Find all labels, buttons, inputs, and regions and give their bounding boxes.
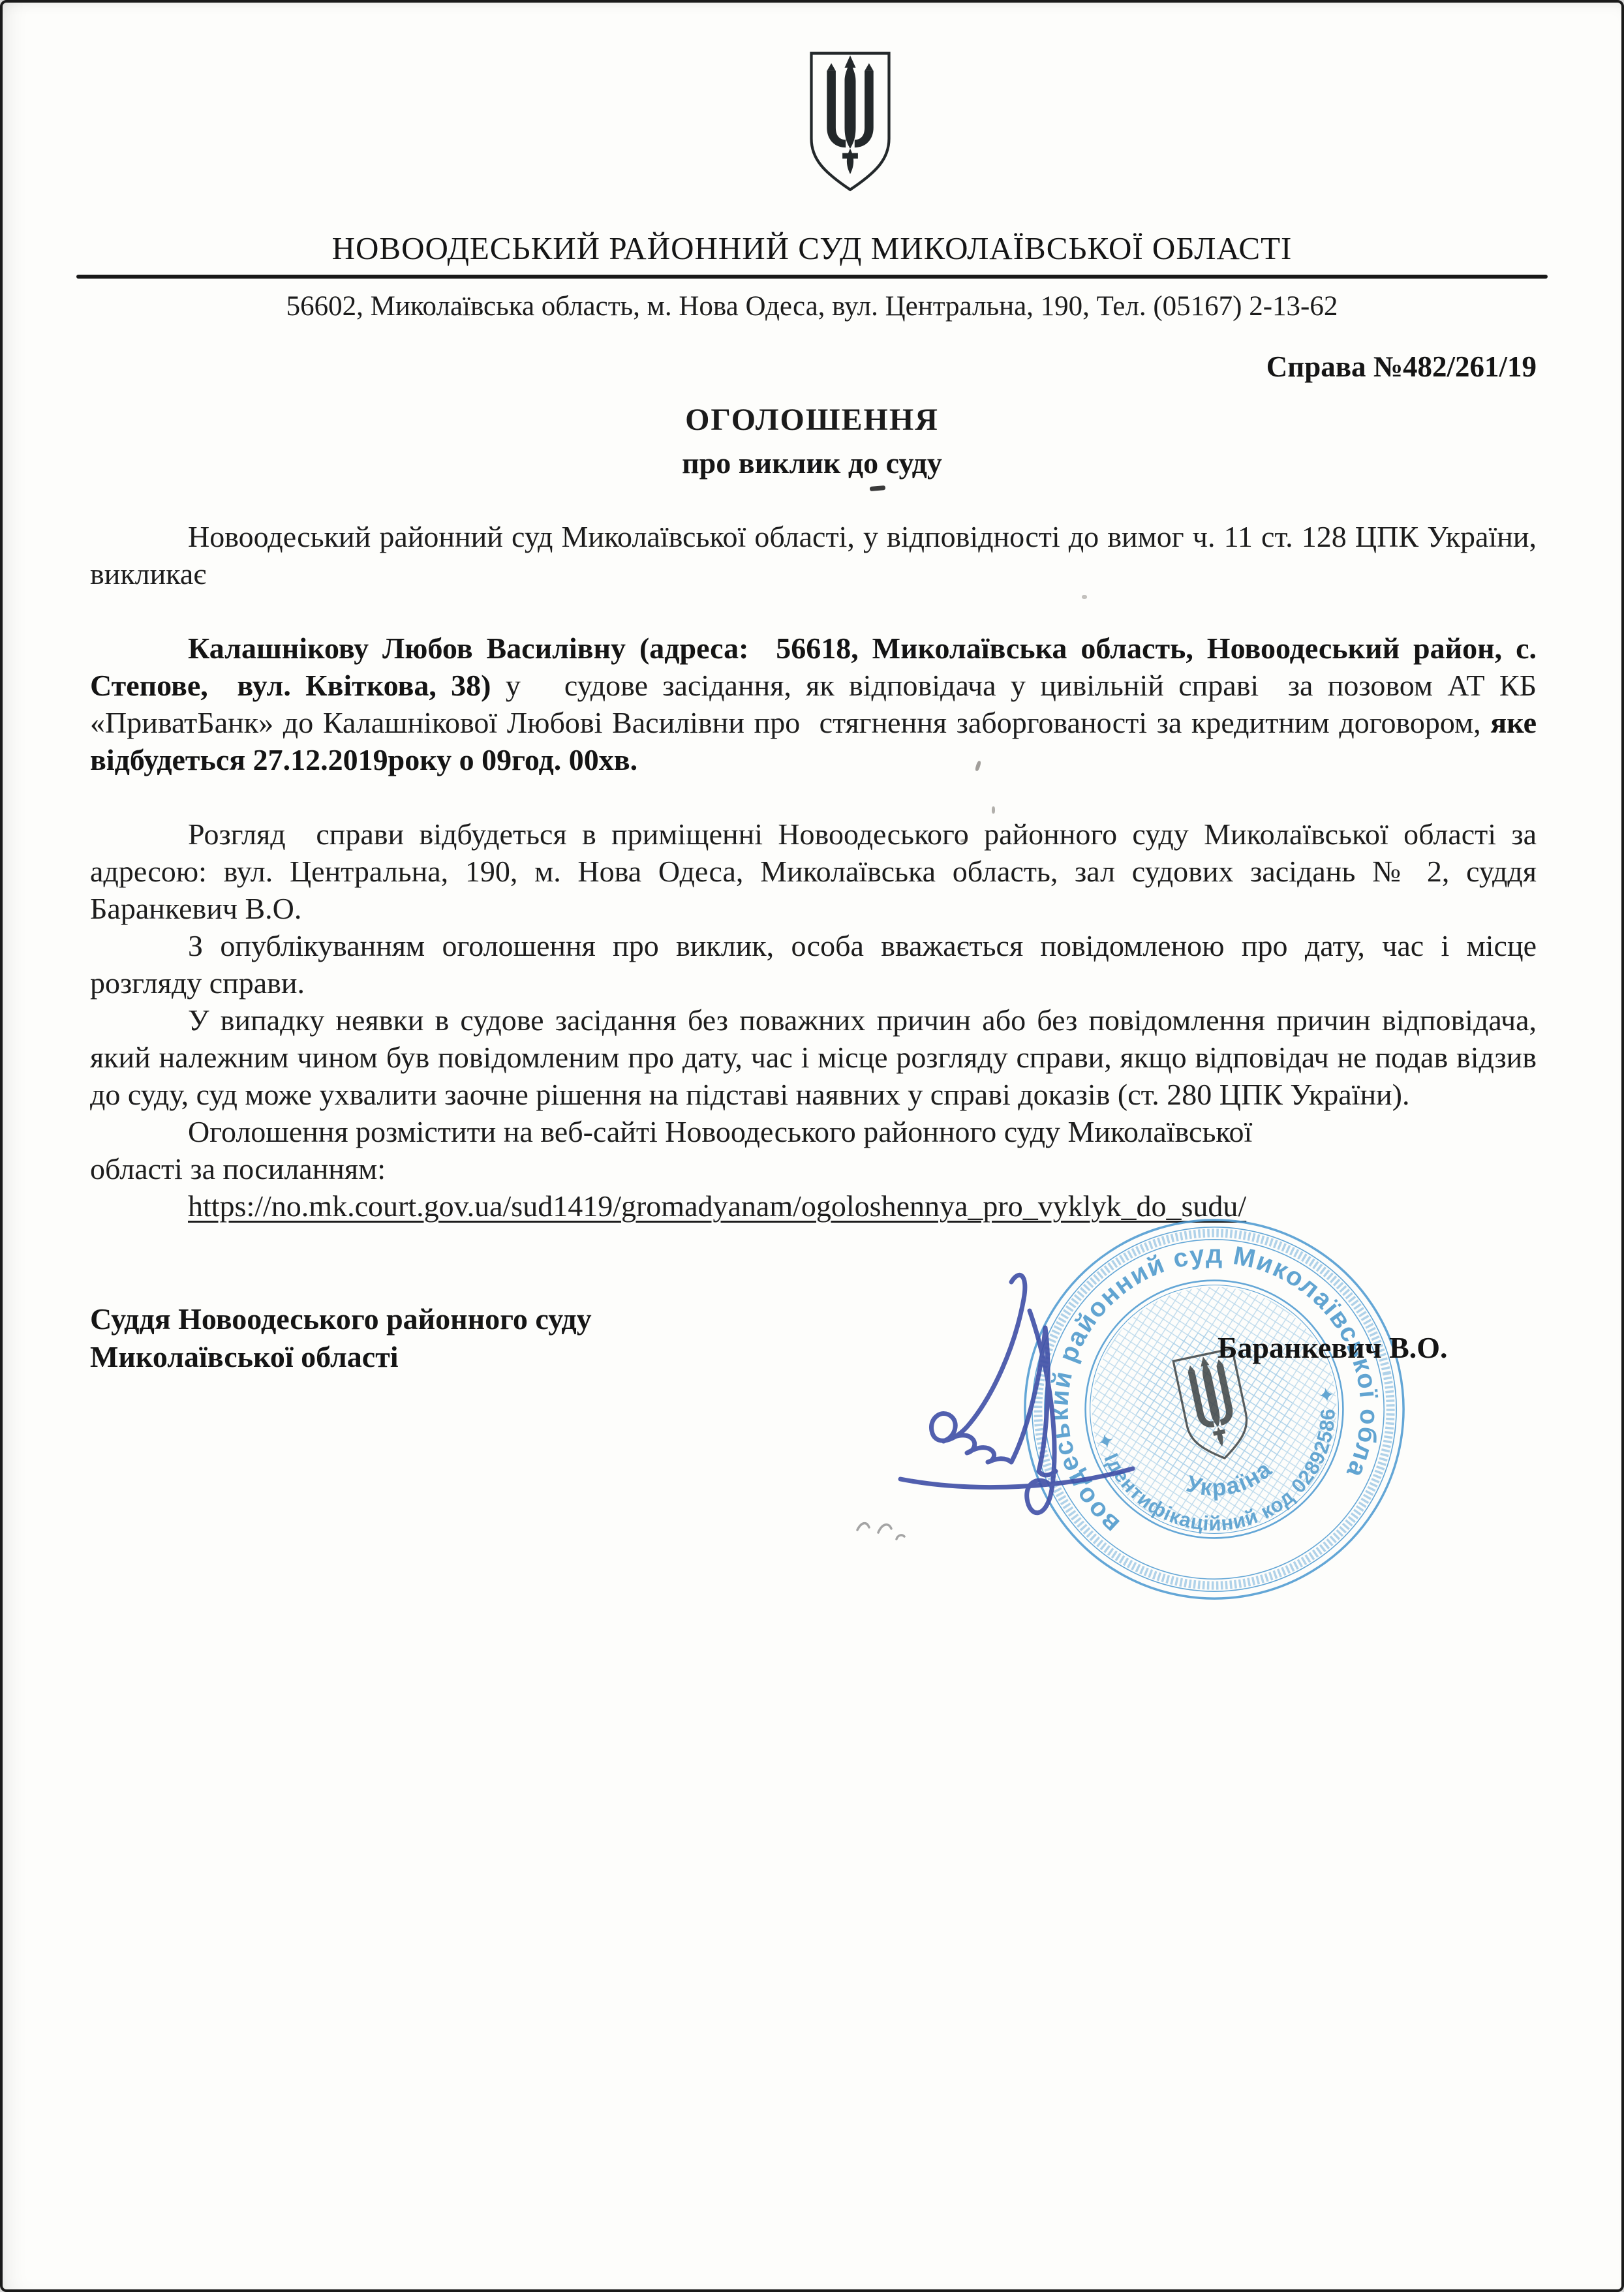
- paragraph-notice: З опублікуванням оголошення про виклик, …: [90, 927, 1537, 1001]
- scan-artifact: [992, 806, 995, 814]
- header-divider: [76, 275, 1548, 279]
- judge-title: Суддя Новоодеського районного суду Микол…: [90, 1300, 592, 1376]
- court-name: НОВООДЕСЬКИЙ РАЙОННИЙ СУД МИКОЛАЇВСЬКОЇ …: [3, 230, 1621, 267]
- ukraine-trident-emblem-icon: [795, 44, 906, 211]
- paragraph-consequences: У випадку неявки в судове засідання без …: [90, 1001, 1537, 1113]
- court-address: 56602, Миколаївська область, м. Нова Оде…: [3, 290, 1621, 322]
- judge-name: Баранкевич В.О.: [1218, 1330, 1448, 1365]
- scan-artifact: [1082, 595, 1087, 599]
- document-subtitle: про виклик до суду: [3, 446, 1621, 480]
- paragraph-hearing-location: Розгляд справи відбудеться в приміщенні …: [90, 816, 1537, 927]
- signature-block: Суддя Новоодеського районного суду Микол…: [3, 1300, 1621, 1666]
- emblem-wrap: [40, 3, 1624, 214]
- paragraph-summons: Калашнікову Любов Василівну (адреса: 566…: [90, 630, 1537, 778]
- judge-signature-ink: [804, 1268, 1150, 1522]
- scan-artifact: [869, 485, 885, 491]
- title-block: ОГОЛОШЕННЯ про виклик до суду: [3, 402, 1621, 480]
- document-title: ОГОЛОШЕННЯ: [3, 402, 1621, 438]
- case-number: Справа №482/261/19: [3, 350, 1621, 384]
- paragraph-intro: Новоодеський районний суд Миколаївської …: [90, 518, 1537, 592]
- scan-artifact: [960, 839, 968, 842]
- scanned-court-document: НОВООДЕСЬКИЙ РАЙОННИЙ СУД МИКОЛАЇВСЬКОЇ …: [0, 0, 1624, 2292]
- document-body: Новоодеський районний суд Миколаївської …: [90, 518, 1537, 1225]
- paragraph-website: Оголошення розмістити на веб-сайті Новоо…: [90, 1113, 1537, 1187]
